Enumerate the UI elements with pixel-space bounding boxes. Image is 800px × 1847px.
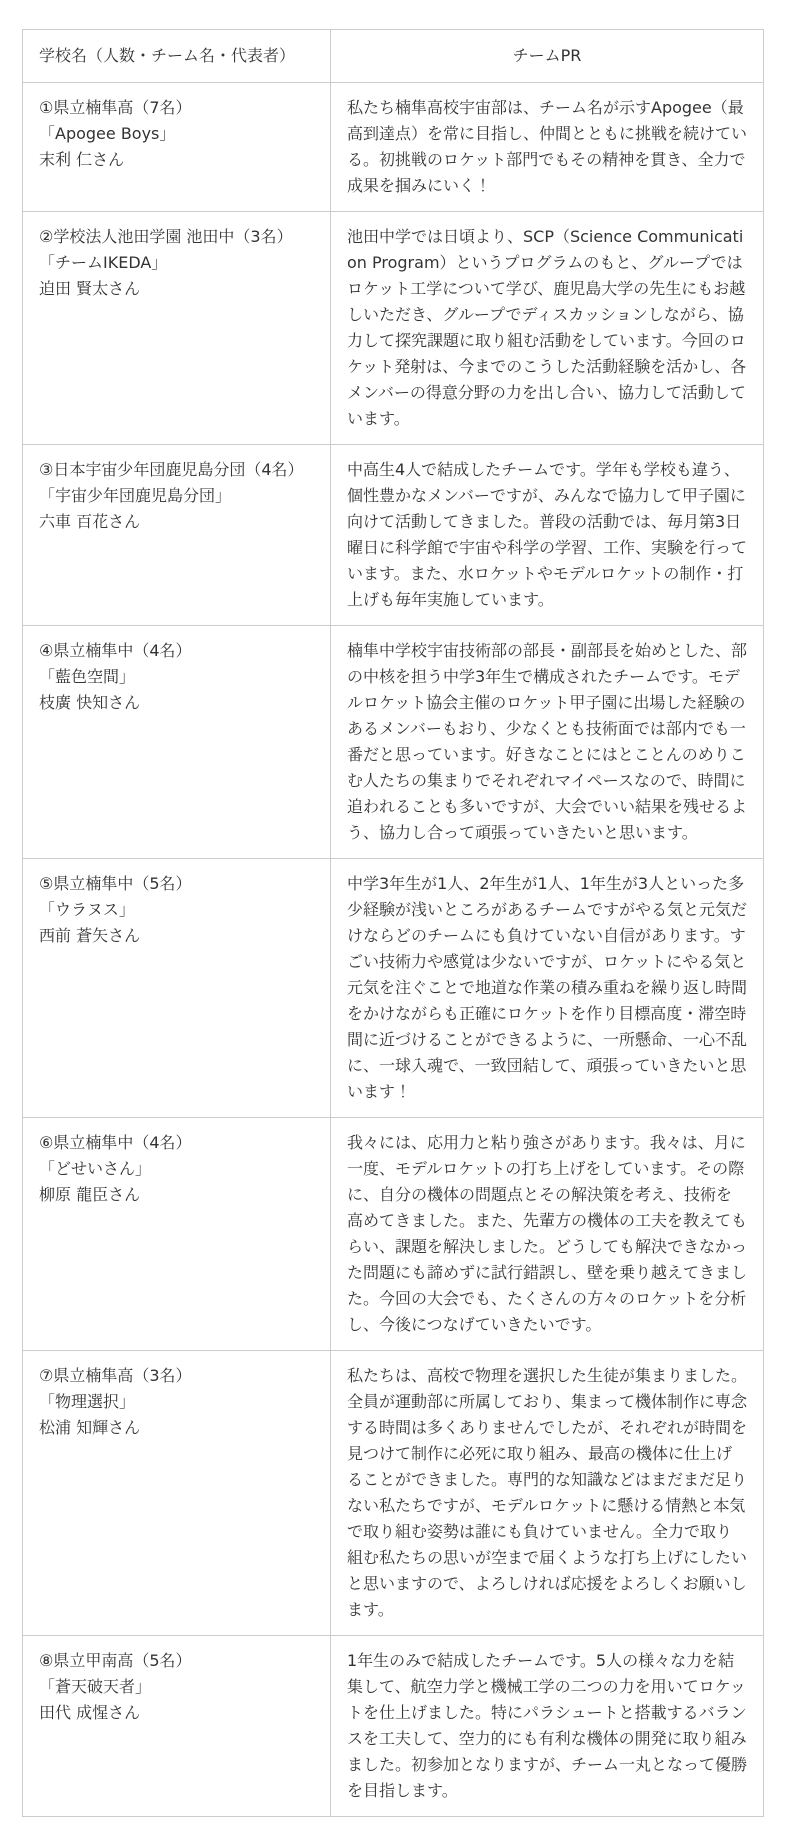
table-row: ③日本宇宙少年団鹿児島分団（4名） 「宇宙少年団鹿児島分団」 六車 百花さん 中… (23, 445, 764, 626)
document-container: 学校名（人数・チーム名・代表者） チームPR ①県立楠隼高（7名） 「Apoge… (0, 0, 800, 1817)
table-row: ⑥県立楠隼中（4名） 「どせいさん」 柳原 龍臣さん 我々には、応用力と粘り強さ… (23, 1118, 764, 1351)
school-cell: ⑥県立楠隼中（4名） 「どせいさん」 柳原 龍臣さん (23, 1118, 331, 1351)
team-pr-text: 1年生のみで結成したチームです。5人の様々な力を結集して、航空力学と機械工学の二… (347, 1648, 747, 1804)
school-name: ⑦県立楠隼高（3名） (39, 1363, 314, 1389)
school-column-header: 学校名（人数・チーム名・代表者） (23, 30, 331, 83)
school-cell: ③日本宇宙少年団鹿児島分団（4名） 「宇宙少年団鹿児島分団」 六車 百花さん (23, 445, 331, 626)
school-name: ⑧県立甲南高（5名） (39, 1648, 314, 1674)
pr-cell: 1年生のみで結成したチームです。5人の様々な力を結集して、航空力学と機械工学の二… (331, 1636, 764, 1817)
pr-cell: 池田中学では日頃より、SCP（Science Communication Pro… (331, 212, 764, 445)
team-pr-text: 池田中学では日頃より、SCP（Science Communication Pro… (347, 224, 747, 432)
team-pr-text: 中高生4人で結成したチームです。学年も学校も違う、個性豊かなメンバーですが、みん… (347, 457, 747, 613)
representative-name: 松浦 知輝さん (39, 1415, 314, 1441)
pr-cell: 私たちは、高校で物理を選択した生徒が集まりました。全員が運動部に所属しており、集… (331, 1351, 764, 1636)
representative-name: 西前 蒼矢さん (39, 923, 314, 949)
pr-cell: 中学3年生が1人、2年生が1人、1年生が3人といった多少経験が浅いところがあるチ… (331, 859, 764, 1118)
school-name: ③日本宇宙少年団鹿児島分団（4名） (39, 457, 314, 483)
pr-cell: 楠隼中学校宇宙技術部の部長・副部長を始めとした、部の中核を担う中学3年生で構成さ… (331, 626, 764, 859)
pr-cell: 我々には、応用力と粘り強さがあります。我々は、月に一度、モデルロケットの打ち上げ… (331, 1118, 764, 1351)
team-pr-text: 私たち楠隼高校宇宙部は、チーム名が示すApogee（最高到達点）を常に目指し、仲… (347, 95, 747, 199)
representative-name: 六車 百花さん (39, 509, 314, 535)
school-cell: ⑧県立甲南高（5名） 「蒼天破天者」 田代 成惺さん (23, 1636, 331, 1817)
school-name: ⑥県立楠隼中（4名） (39, 1130, 314, 1156)
team-pr-text: 私たちは、高校で物理を選択した生徒が集まりました。全員が運動部に所属しており、集… (347, 1363, 747, 1623)
team-pr-table: 学校名（人数・チーム名・代表者） チームPR ①県立楠隼高（7名） 「Apoge… (22, 29, 764, 1817)
representative-name: 末利 仁さん (39, 147, 314, 173)
school-name: ①県立楠隼高（7名） (39, 95, 314, 121)
school-cell: ⑤県立楠隼中（5名） 「ウラヌス」 西前 蒼矢さん (23, 859, 331, 1118)
team-name: 「チームIKEDA」 (39, 250, 314, 276)
school-cell: ⑦県立楠隼高（3名） 「物理選択」 松浦 知輝さん (23, 1351, 331, 1636)
table-row: ⑤県立楠隼中（5名） 「ウラヌス」 西前 蒼矢さん 中学3年生が1人、2年生が1… (23, 859, 764, 1118)
representative-name: 柳原 龍臣さん (39, 1182, 314, 1208)
school-name: ②学校法人池田学園 池田中（3名） (39, 224, 314, 250)
table-header-row: 学校名（人数・チーム名・代表者） チームPR (23, 30, 764, 83)
table-row: ⑧県立甲南高（5名） 「蒼天破天者」 田代 成惺さん 1年生のみで結成したチーム… (23, 1636, 764, 1817)
team-name: 「藍色空間」 (39, 664, 314, 690)
team-name: 「蒼天破天者」 (39, 1674, 314, 1700)
table-row: ①県立楠隼高（7名） 「Apogee Boys」 末利 仁さん 私たち楠隼高校宇… (23, 83, 764, 212)
school-name: ④県立楠隼中（4名） (39, 638, 314, 664)
pr-cell: 私たち楠隼高校宇宙部は、チーム名が示すApogee（最高到達点）を常に目指し、仲… (331, 83, 764, 212)
representative-name: 田代 成惺さん (39, 1700, 314, 1726)
school-cell: ②学校法人池田学園 池田中（3名） 「チームIKEDA」 迫田 賢太さん (23, 212, 331, 445)
team-pr-text: 我々には、応用力と粘り強さがあります。我々は、月に一度、モデルロケットの打ち上げ… (347, 1130, 747, 1338)
table-row: ⑦県立楠隼高（3名） 「物理選択」 松浦 知輝さん 私たちは、高校で物理を選択し… (23, 1351, 764, 1636)
team-pr-text: 中学3年生が1人、2年生が1人、1年生が3人といった多少経験が浅いところがあるチ… (347, 871, 747, 1105)
table-row: ②学校法人池田学園 池田中（3名） 「チームIKEDA」 迫田 賢太さん 池田中… (23, 212, 764, 445)
team-name: 「どせいさん」 (39, 1156, 314, 1182)
representative-name: 迫田 賢太さん (39, 276, 314, 302)
team-name: 「ウラヌス」 (39, 897, 314, 923)
team-pr-text: 楠隼中学校宇宙技術部の部長・副部長を始めとした、部の中核を担う中学3年生で構成さ… (347, 638, 747, 846)
pr-column-header: チームPR (331, 30, 764, 83)
school-name: ⑤県立楠隼中（5名） (39, 871, 314, 897)
team-name: 「物理選択」 (39, 1389, 314, 1415)
representative-name: 枝廣 快知さん (39, 690, 314, 716)
school-cell: ①県立楠隼高（7名） 「Apogee Boys」 末利 仁さん (23, 83, 331, 212)
team-name: 「宇宙少年団鹿児島分団」 (39, 483, 314, 509)
team-name: 「Apogee Boys」 (39, 121, 314, 147)
school-cell: ④県立楠隼中（4名） 「藍色空間」 枝廣 快知さん (23, 626, 331, 859)
pr-cell: 中高生4人で結成したチームです。学年も学校も違う、個性豊かなメンバーですが、みん… (331, 445, 764, 626)
table-row: ④県立楠隼中（4名） 「藍色空間」 枝廣 快知さん 楠隼中学校宇宙技術部の部長・… (23, 626, 764, 859)
